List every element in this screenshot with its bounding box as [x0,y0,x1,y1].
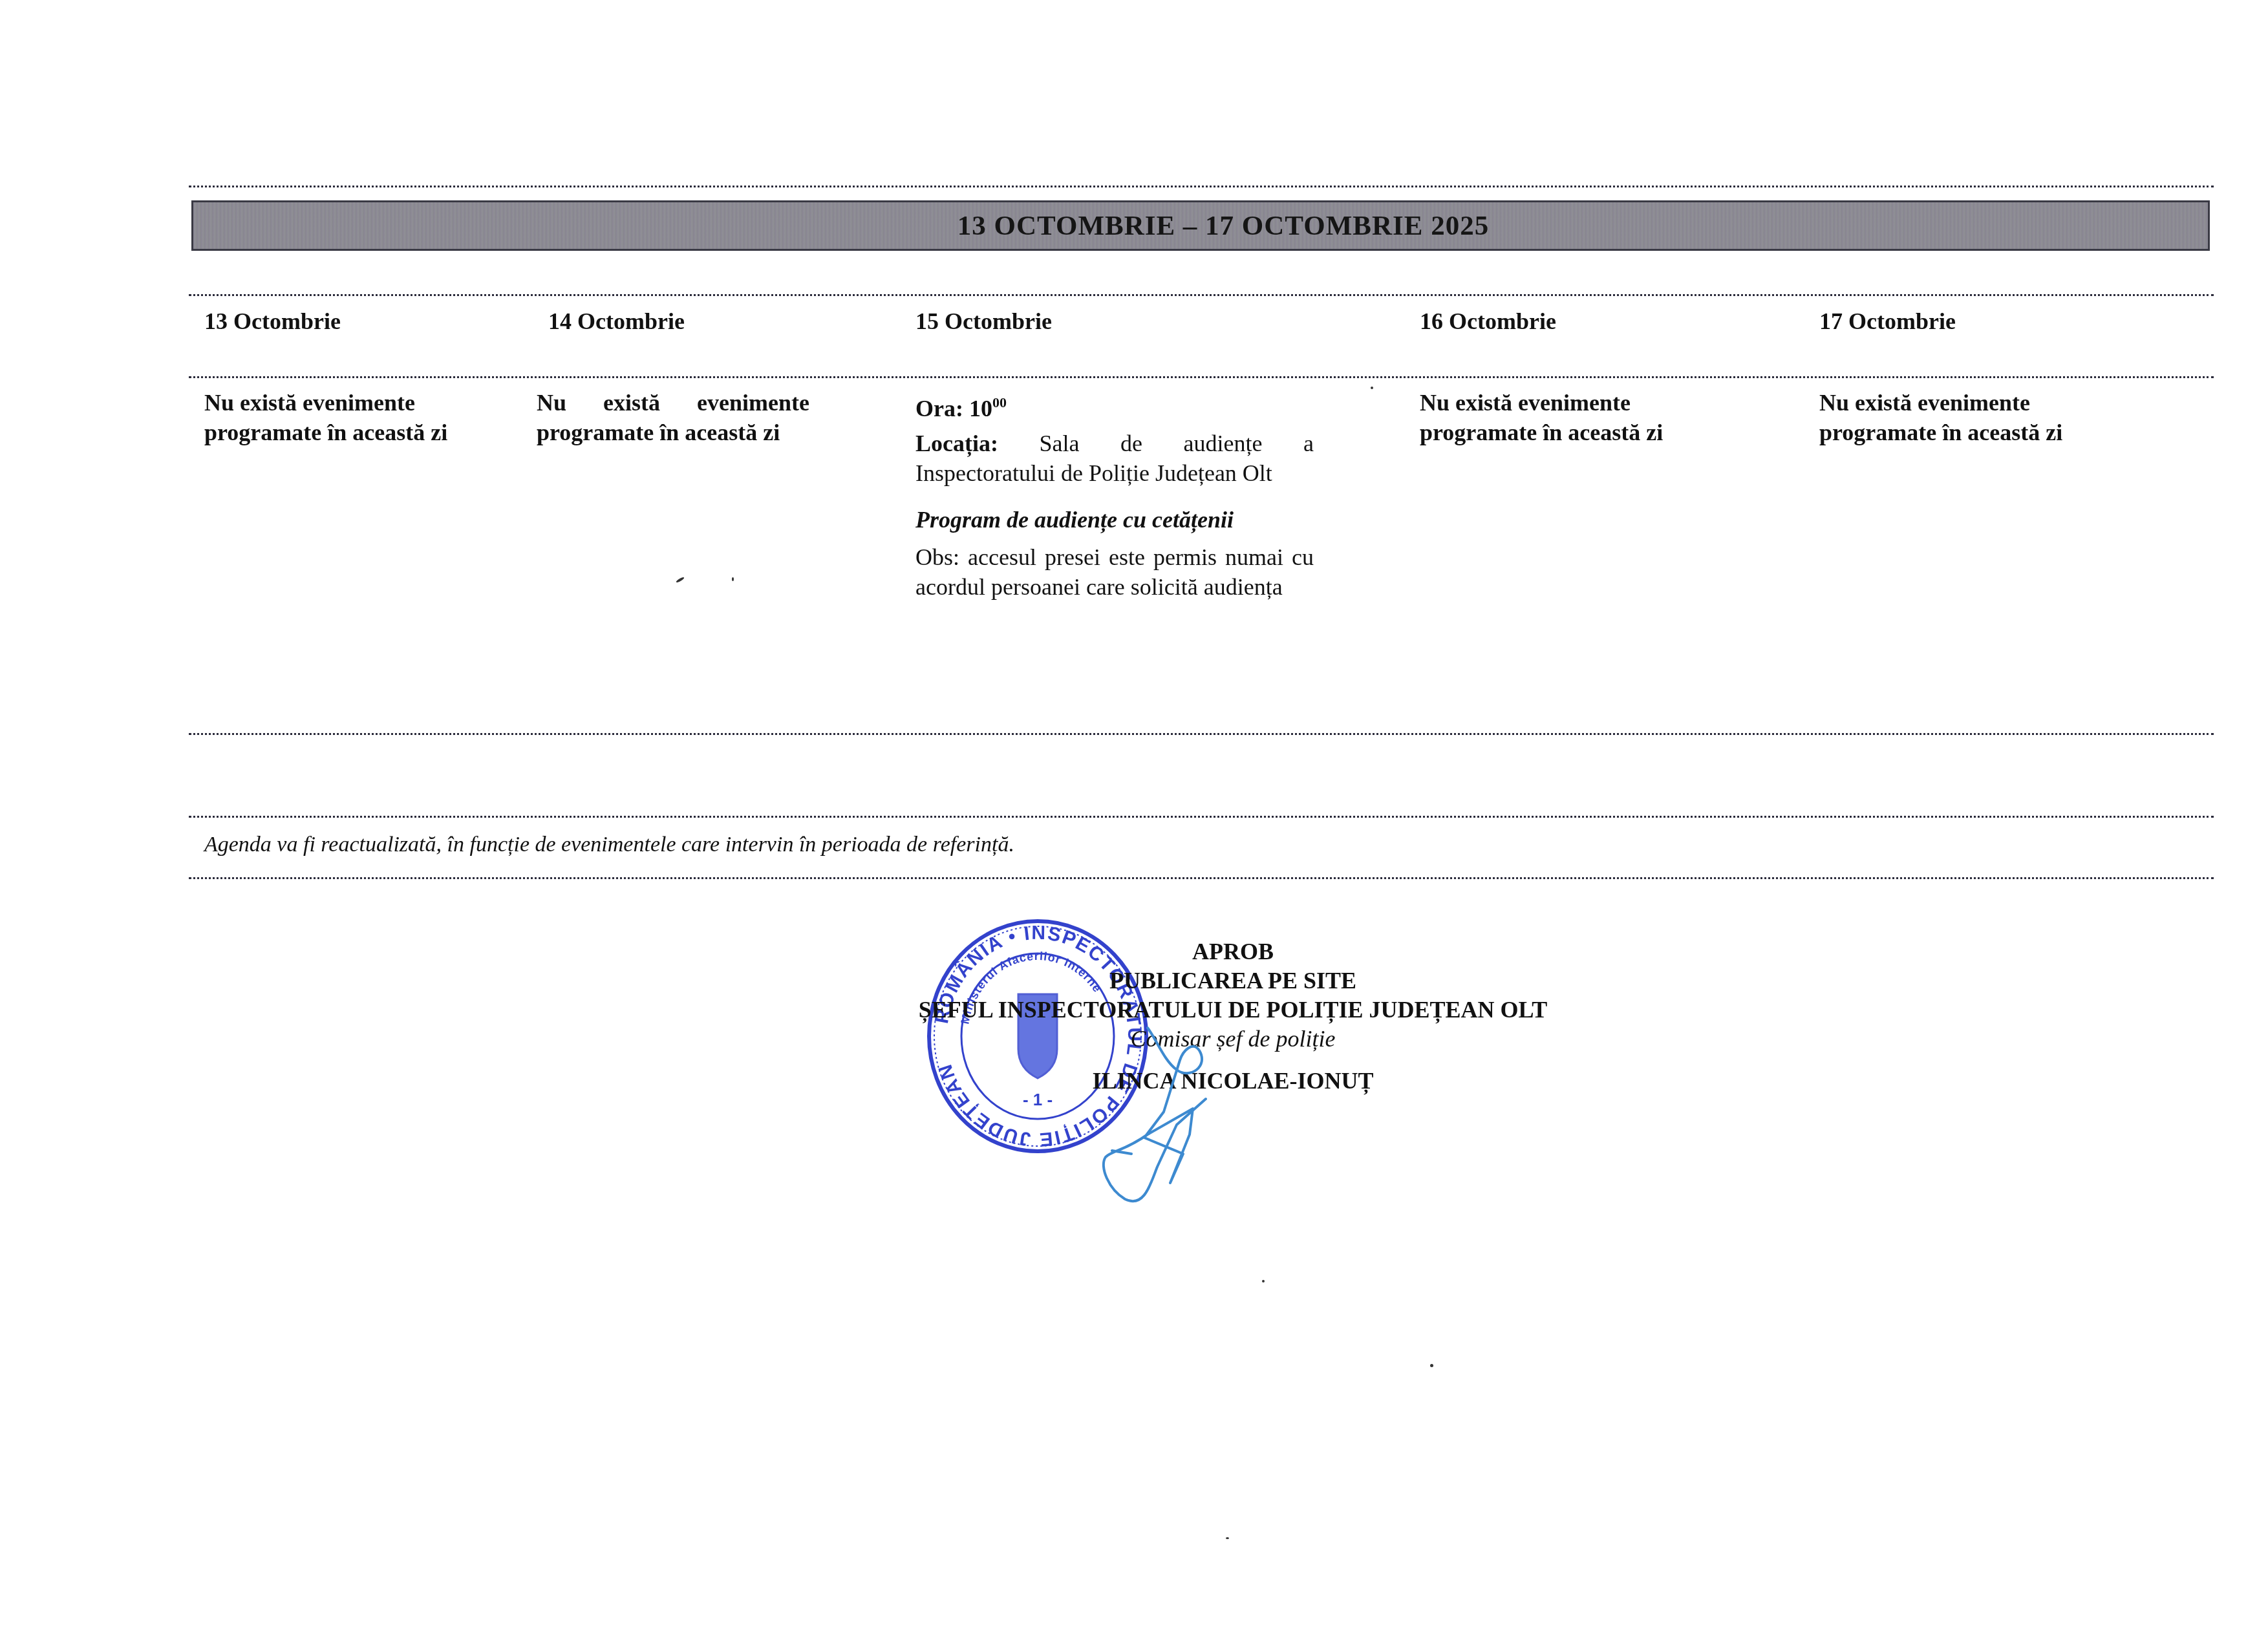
no-events-text: Nu există evenimente programate în aceas… [204,390,447,445]
day-cell-14: Nu există evenimente programate în aceas… [537,388,809,447]
day-cell-16: Nu există evenimente programate în aceas… [1420,388,1704,447]
scan-speck [1430,1364,1433,1367]
day-header-13: 13 Octombrie [204,308,341,335]
approval-publish: PUBLICAREA PE SITE [845,966,1621,995]
event-location-label: Locația: [915,431,998,456]
scan-speck [1262,1280,1265,1282]
no-events-text: Nu există evenimente programate în aceas… [537,390,809,445]
event-time-minutes: 00 [992,394,1007,410]
header-top-rule [189,294,2214,296]
day-cell-15: Ora: 1000 Locația: Sala de audiențe a In… [915,388,1314,602]
day-header-14: 14 Octombrie [548,308,685,335]
event-time: Ora: 1000 [915,388,1314,423]
event-location: Locația: Sala de audiențe a Inspectoratu… [915,429,1314,488]
top-rule [189,186,2214,187]
header-bottom-rule [189,376,2214,378]
scan-speck [1226,1537,1229,1539]
day-header-15: 15 Octombrie [915,308,1052,335]
day-header-17: 17 Octombrie [1819,308,1956,335]
week-heading-band: 13 OCTOMBRIE – 17 OCTOMBRIE 2025 [191,200,2210,251]
event-note: Obs: accesul presei este permis numai cu… [915,542,1314,602]
day-cell-13: Nu există evenimente programate în aceas… [204,388,489,447]
no-events-text: Nu există evenimente programate în aceas… [1819,390,2062,445]
day-header-16: 16 Octombrie [1420,308,1556,335]
scan-speck [732,577,734,581]
note-bottom-rule [189,877,2214,879]
table-bottom-rule [189,733,2214,735]
event-time-hour: Ora: 10 [915,396,992,421]
approval-approve: APROB [845,937,1621,966]
note-top-rule [189,816,2214,818]
no-events-text: Nu există evenimente programate în aceas… [1420,390,1663,445]
signature-icon [1086,1021,1248,1209]
event-title: Program de audiențe cu cetățenii [915,505,1314,535]
scan-speck [1371,387,1373,389]
agenda-update-note: Agenda va fi reactualizată, în funcție d… [204,833,1014,857]
scan-speck [676,577,685,583]
day-cell-17: Nu există evenimente programate în aceas… [1819,388,2117,447]
approval-position: ȘEFUL INSPECTORATULUI DE POLIȚIE JUDEȚEA… [845,995,1621,1025]
week-heading: 13 OCTOMBRIE – 17 OCTOMBRIE 2025 [957,210,1489,242]
